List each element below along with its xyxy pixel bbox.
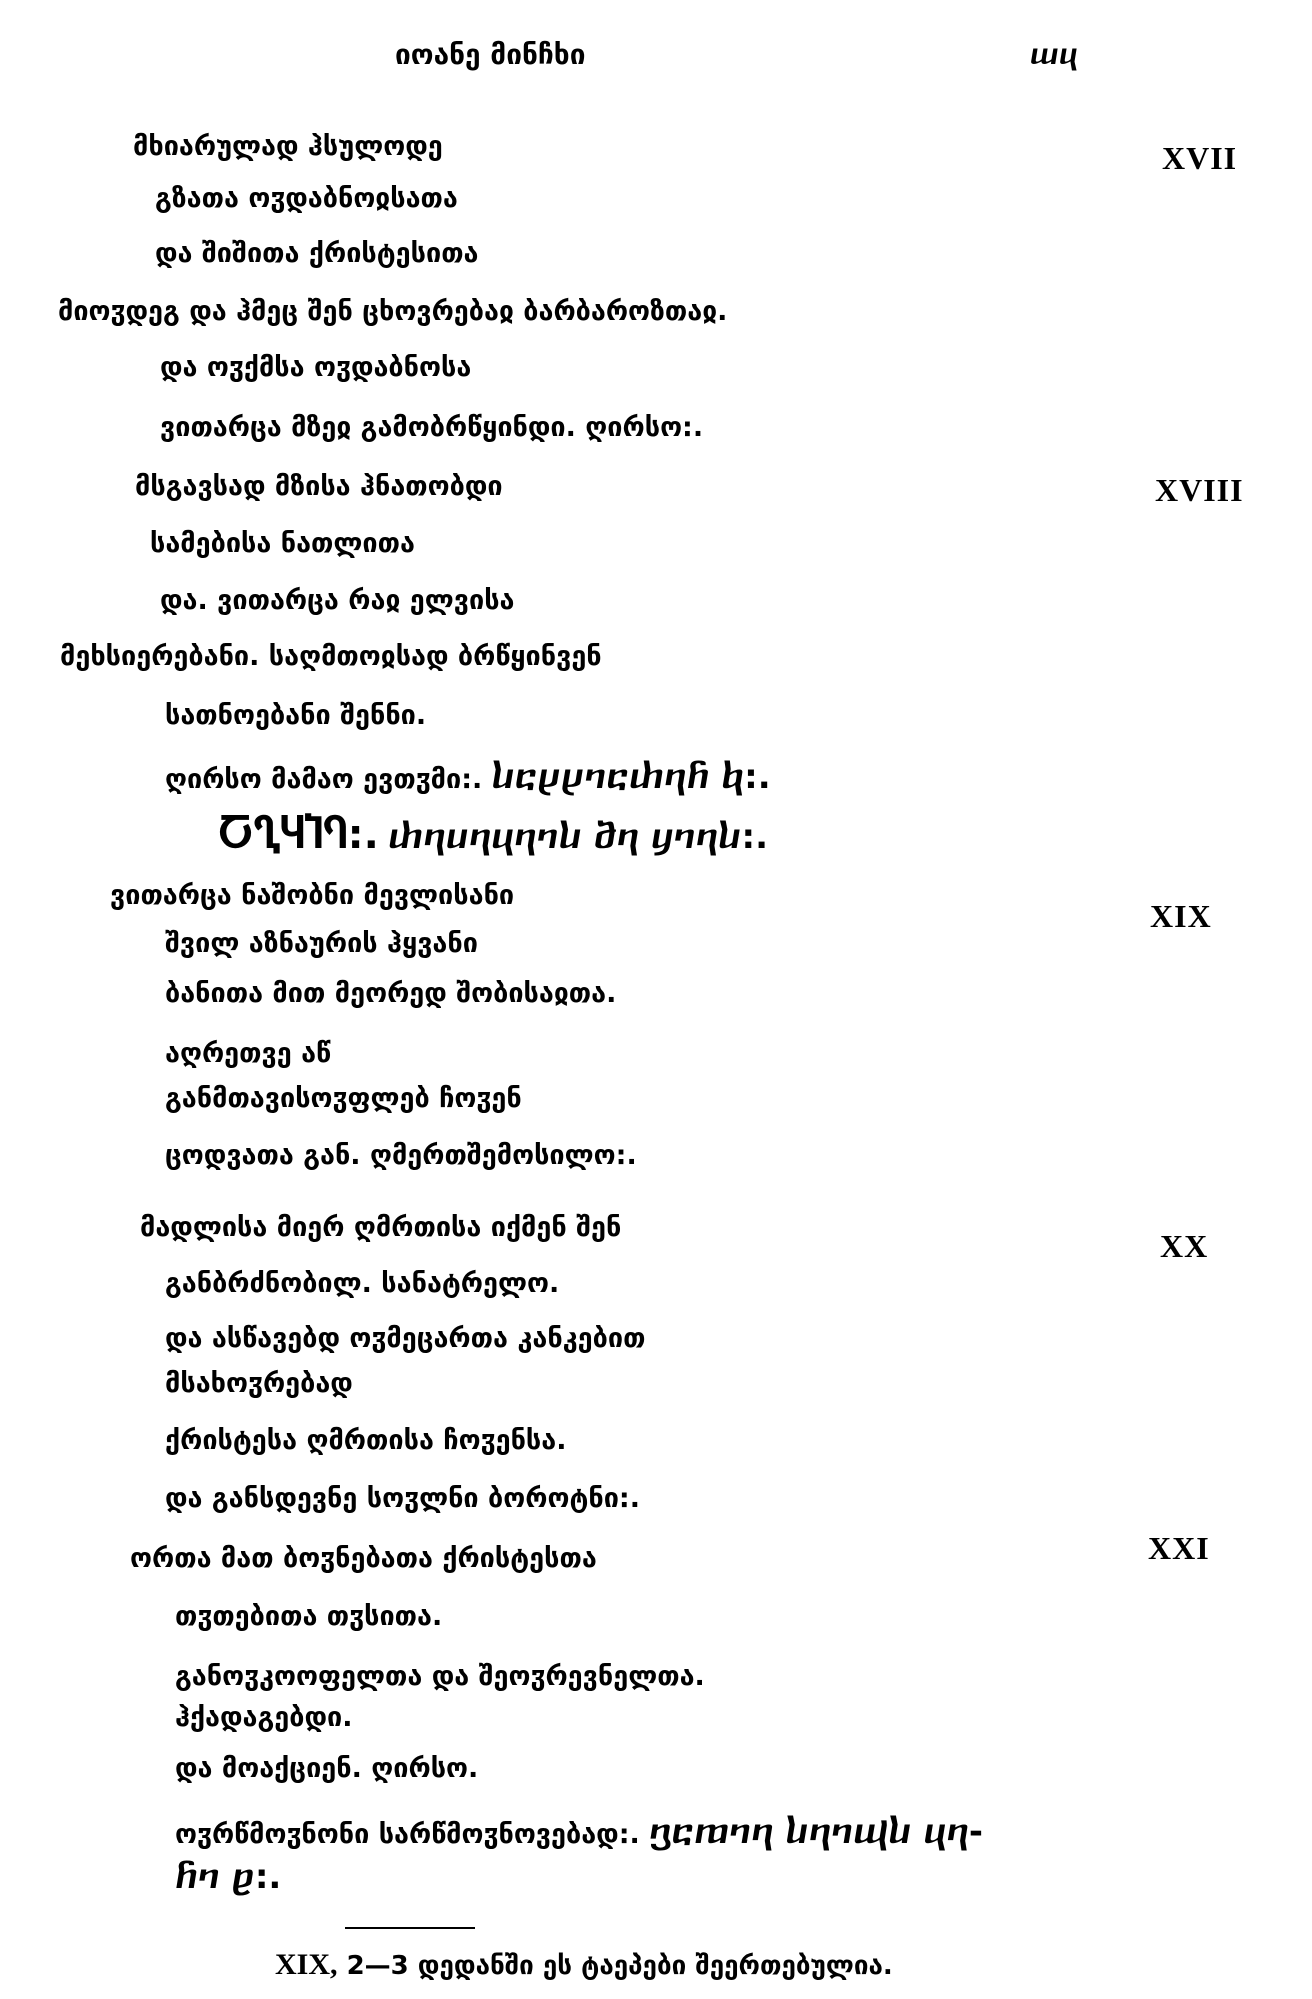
text-line: ღირსო მამაო ევთჳმი:. ⴑⴀⴞⴞⴈⴀⴐⴄⴌ ⴉ:.: [165, 760, 771, 794]
text-line: ოჳრწმოჳნონი სარწმოჳნოვებად:. ⴂⴀⴊⴈⴄ ⴑⴄⴈⴓⴑ…: [175, 1815, 983, 1849]
text-line: და მოაქციენ. ღირსო.: [175, 1755, 478, 1782]
text-line: მსგავსად მზისა ჰნათობდი: [135, 473, 503, 500]
stanza-number-xx: XX: [1160, 1228, 1208, 1265]
nuskhuri-text: ⴐⴄⴎⴄⴗⴄⴈⴑ ⴋⴄ ⴘⴈⴄⴑ:.: [388, 817, 768, 857]
text-line: განმთავისოჳფლებ ჩოჳენ: [165, 1085, 522, 1112]
text-line: მეხსიერებანი. საღმთოჲსად ბრწყინვენ: [60, 643, 602, 670]
text-line: შვილ აზნაურის ჰყვანი: [165, 930, 478, 957]
stanza-number-xvii: XVII: [1162, 140, 1237, 177]
text-line: მსახოჳრებად: [165, 1370, 353, 1397]
refrain-text: ოჳრწმოჳნონი სარწმოჳნოვებად:.: [175, 1819, 640, 1850]
running-title: იოანე მინჩხი: [395, 38, 586, 71]
text-line: ႠႢႷႨႤ:. ⴐⴄⴎⴄⴗⴄⴈⴑ ⴋⴄ ⴘⴈⴄⴑ:.: [218, 815, 768, 855]
text-line: სამებისა ნათლითა: [150, 530, 415, 557]
text-line: და განსდევნე სოჳლნი ბოროტნი:.: [165, 1485, 640, 1512]
asomtavruli-heading: ႠႢႷႨႤ:.: [218, 812, 379, 858]
refrain-text: ღირსო მამაო ევთჳმი:.: [165, 764, 482, 795]
footnote-text: 2—3 დედანში ეს ტაეპები შეერთებულია.: [347, 1951, 893, 1981]
text-line: მადლისა მიერ ღმრთისა იქმენ შენ: [140, 1214, 621, 1241]
text-line: ვითარცა ნაშობნი მევლისანი: [110, 882, 514, 909]
text-line: და ოჳქმსა ოჳდაბნოსა: [160, 354, 471, 381]
text-line: ბანითა მით მეორედ შობისაჲთა.: [165, 980, 616, 1007]
text-line: განბრძნობილ. სანატრელო.: [165, 1270, 559, 1297]
text-line: და. ვითარცა რაჲ ელვისა: [160, 587, 515, 614]
text-line: ჰქადაგებდი.: [175, 1704, 352, 1731]
nuskhuri-text: ⴑⴀⴞⴞⴈⴀⴐⴄⴌ ⴉ:.: [492, 757, 771, 797]
text-line: ცოდვათა გან. ღმერთშემოსილო:.: [165, 1142, 637, 1169]
text-line: ორთა მათ ბოჳნებათა ქრისტესთა: [130, 1545, 597, 1572]
text-line: მხიარულად ჰსულოდე: [133, 133, 443, 160]
text-line: ვითარცა მზეჲ გამობრწყინდი. ღირსო:.: [160, 414, 703, 441]
text-line: და ასწავებდ ოჳმეცართა კანკებით: [165, 1325, 645, 1352]
nuskhuri-text: ⴂⴀⴊⴈⴄ ⴑⴄⴈⴓⴑ ⴗⴄ-: [649, 1812, 983, 1852]
text-line: და შიშითა ქრისტესითა: [155, 240, 479, 267]
footnote: XIX, 2—3 დედანში ეს ტაეპები შეერთებულია.: [275, 1948, 893, 1982]
footnote-reference: XIX,: [275, 1948, 338, 1981]
text-line: განოჳკოოფელთა და შეოჳრევნელთა.: [175, 1663, 705, 1690]
stanza-number-xviii: XVIII: [1155, 472, 1244, 509]
text-line: თჳთებითა თჳსითა.: [175, 1603, 442, 1630]
footnote-divider: [345, 1927, 475, 1929]
stanza-number-xxi: XXI: [1148, 1530, 1210, 1567]
text-line: მიოჳდეგ და ჰმეც შენ ცხოვრებაჲ ბარბაროზთა…: [58, 298, 727, 325]
text-line: ⴌⴈ ⴒ:.: [175, 1860, 281, 1894]
text-line: სათნოებანი შენნი.: [165, 702, 426, 729]
text-line: აღრეთვე აწ: [165, 1040, 331, 1067]
text-line: გზათა ოჳდაბნოჲსათა: [155, 185, 458, 212]
text-line: ქრისტესა ღმრთისა ჩოჳენსა.: [165, 1427, 566, 1454]
stanza-number-xix: XIX: [1150, 898, 1212, 935]
page-number: ⴍⴗ: [1030, 38, 1078, 71]
